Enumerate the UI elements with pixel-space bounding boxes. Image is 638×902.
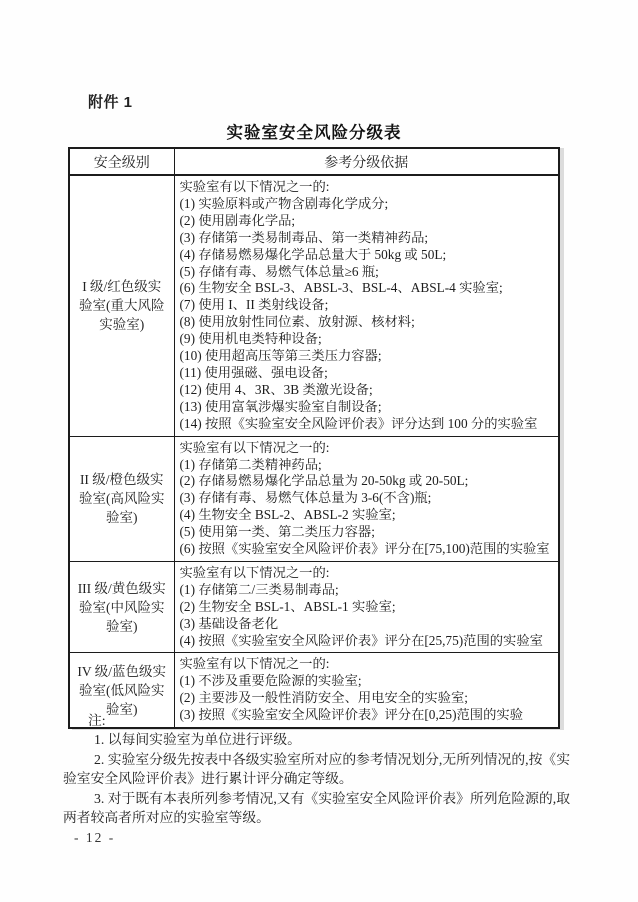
criteria-line: (3) 存储有毒、易燃气体总量为 3-6(不含)瓶;	[180, 490, 556, 507]
criteria-line: (14) 按照《实验室安全风险评价表》评分达到 100 分的实验室	[180, 416, 556, 433]
criteria-cell-3: 实验室有以下情况之一的:(1) 存储第二/三类易制毒品;(2) 生物安全 BSL…	[174, 561, 559, 653]
notes-section: 注: 1. 以每间实验室为单位进行评级。2. 实验室分级先按表中各级实验室所对应…	[63, 711, 575, 827]
table-row-level-3: III 级/黄色级实 验室(中风险实 验室) 实验室有以下情况之一的:(1) 存…	[69, 561, 559, 653]
criteria-line: (11) 使用强磁、强电设备;	[180, 365, 556, 382]
risk-grading-table: 安全级别 参考分级依据 I 级/红色级实 验室(重大风险 实验室) 实验室有以下…	[68, 147, 560, 729]
criteria-line: (6) 生物安全 BSL-3、ABSL-3、BSL-4、ABSL-4 实验室;	[180, 280, 556, 297]
level-label-2: II 级/橙色级实 验室(高风险实 验室)	[69, 436, 174, 561]
notes-list: 1. 以每间实验室为单位进行评级。2. 实验室分级先按表中各级实验室所对应的参考…	[63, 730, 575, 827]
attachment-label: 附件 1	[88, 91, 133, 112]
page-number: - 12 -	[74, 830, 115, 846]
criteria-list-1: 实验室有以下情况之一的:(1) 实验原料或产物含剧毒化学成分;(2) 使用剧毒化…	[180, 179, 556, 433]
criteria-line: (2) 使用剧毒化学品;	[180, 213, 556, 230]
note-item: 2. 实验室分级先按表中各级实验室所对应的参考情况划分,无所列情况的,按《实验室…	[63, 750, 575, 789]
criteria-line: (7) 使用 I、II 类射线设备;	[180, 297, 556, 314]
document-page: 附件 1 实验室安全风险分级表 安全级别 参考分级依据 I 级/红色级实 验室(…	[0, 0, 638, 902]
notes-label: 注:	[63, 711, 575, 730]
criteria-line: (2) 生物安全 BSL-1、ABSL-1 实验室;	[180, 599, 556, 616]
criteria-list-3: 实验室有以下情况之一的:(1) 存储第二/三类易制毒品;(2) 生物安全 BSL…	[180, 565, 556, 650]
criteria-line: (2) 主要涉及一般性消防安全、用电安全的实验室;	[180, 690, 556, 707]
page-title: 实验室安全风险分级表	[68, 119, 560, 143]
criteria-line: (12) 使用 4、3R、3B 类激光设备;	[180, 382, 556, 399]
criteria-line: (1) 实验原料或产物含剧毒化学成分;	[180, 196, 556, 213]
criteria-line: (2) 存储易燃易爆化学品总量为 20-50kg 或 20-50L;	[180, 473, 556, 490]
criteria-line: (5) 使用第一类、第二类压力容器;	[180, 524, 556, 541]
column-header-level: 安全级别	[69, 148, 174, 175]
note-item: 1. 以每间实验室为单位进行评级。	[63, 730, 575, 749]
table-body: I 级/红色级实 验室(重大风险 实验室) 实验室有以下情况之一的:(1) 实验…	[69, 175, 559, 728]
criteria-line: (9) 使用机电类特种设备;	[180, 331, 556, 348]
table-row-level-2: II 级/橙色级实 验室(高风险实 验室) 实验室有以下情况之一的:(1) 存储…	[69, 436, 559, 561]
criteria-line: (8) 使用放射性同位素、放射源、核材料;	[180, 314, 556, 331]
header-row: 安全级别 参考分级依据	[69, 148, 559, 175]
column-header-basis: 参考分级依据	[174, 148, 559, 175]
criteria-list-2: 实验室有以下情况之一的:(1) 存储第二类精神药品;(2) 存储易燃易爆化学品总…	[180, 440, 556, 558]
criteria-line: (3) 存储第一类易制毒品、第一类精神药品;	[180, 230, 556, 247]
criteria-line: 实验室有以下情况之一的:	[180, 656, 556, 673]
criteria-line: (10) 使用超高压等第三类压力容器;	[180, 348, 556, 365]
criteria-line: (1) 不涉及重要危险源的实验室;	[180, 673, 556, 690]
table-header: 安全级别 参考分级依据	[69, 148, 559, 175]
criteria-line: (13) 使用富氧涉爆实验室自制设备;	[180, 399, 556, 416]
criteria-line: (1) 存储第二类精神药品;	[180, 457, 556, 474]
table-row-level-1: I 级/红色级实 验室(重大风险 实验室) 实验室有以下情况之一的:(1) 实验…	[69, 175, 559, 436]
criteria-cell-1: 实验室有以下情况之一的:(1) 实验原料或产物含剧毒化学成分;(2) 使用剧毒化…	[174, 175, 559, 436]
criteria-line: 实验室有以下情况之一的:	[180, 179, 556, 196]
note-item: 3. 对于既有本表所列参考情况,又有《实验室安全风险评价表》所列危险源的,取两者…	[63, 789, 575, 828]
criteria-line: (1) 存储第二/三类易制毒品;	[180, 582, 556, 599]
level-label-3: III 级/黄色级实 验室(中风险实 验室)	[69, 561, 174, 653]
level-label-1: I 级/红色级实 验室(重大风险 实验室)	[69, 175, 174, 436]
criteria-line: 实验室有以下情况之一的:	[180, 440, 556, 457]
criteria-cell-2: 实验室有以下情况之一的:(1) 存储第二类精神药品;(2) 存储易燃易爆化学品总…	[174, 436, 559, 561]
criteria-line: (5) 存储有毒、易燃气体总量≥6 瓶;	[180, 264, 556, 281]
criteria-line: (4) 生物安全 BSL-2、ABSL-2 实验室;	[180, 507, 556, 524]
criteria-line: (6) 按照《实验室安全风险评价表》评分在[75,100)范围的实验室	[180, 541, 556, 558]
criteria-line: (3) 基础设备老化	[180, 616, 556, 633]
criteria-line: (4) 存储易燃易爆化学品总量大于 50kg 或 50L;	[180, 247, 556, 264]
criteria-line: (4) 按照《实验室安全风险评价表》评分在[25,75)范围的实验室	[180, 633, 556, 650]
criteria-line: 实验室有以下情况之一的:	[180, 565, 556, 582]
